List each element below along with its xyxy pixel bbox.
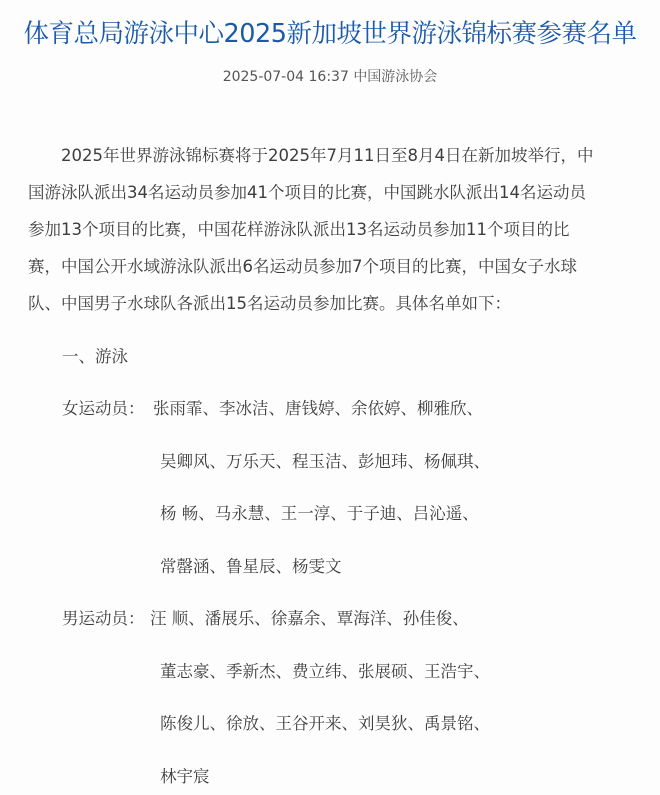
roster-line: 张雨霏、李冰洁、唐钱婷、余依婷、柳雅欣、 (153, 395, 483, 419)
article-meta: 2025-07-04 16:37 中国游泳协会 (0, 66, 660, 86)
intro-line: 2025年世界游泳锦标赛将于2025年7月11日至8月4日在新加坡举行，中 (28, 142, 593, 166)
roster-line: 董志豪、季新杰、费立纬、张展硕、王浩宇、 (160, 658, 490, 682)
section-heading: 一、游泳 (62, 343, 128, 367)
roster-line: 常罄涵、鲁星辰、杨雯文 (160, 553, 342, 577)
intro-line: 国游泳队派出34名运动员参加41个项目的比赛，中国跳水队派出14名运动员 (28, 179, 586, 203)
men-label: 男运动员： (62, 605, 145, 629)
intro-line: 赛，中国公开水域游泳队派出6名运动员参加7个项目的比赛，中国女子水球 (28, 253, 577, 277)
intro-line: 参加13个项目的比赛，中国花样游泳队派出13名运动员参加11个项目的比 (28, 216, 570, 240)
publish-datetime: 2025-07-04 16:37 (223, 69, 349, 85)
roster-line: 杨 畅、马永慧、王一淳、于子迪、吕沁遥、 (160, 500, 479, 524)
article-source: 中国游泳协会 (353, 69, 437, 85)
women-label: 女运动员： (62, 395, 145, 419)
roster-line: 陈俊儿、徐放、王谷开来、刘昊狄、禹景铭、 (160, 710, 490, 734)
roster-line: 林宇宸 (160, 763, 210, 787)
intro-line: 队、中国男子水球队各派出15名运动员参加比赛。具体名单如下： (28, 290, 511, 314)
article-title: 体育总局游泳中心2025新加坡世界游泳锦标赛参赛名单 (0, 14, 660, 50)
roster-line: 汪 顺、潘展乐、徐嘉余、覃海洋、孙佳俊、 (150, 605, 469, 629)
roster-line: 吴卿风、万乐天、程玉洁、彭旭玮、杨佩琪、 (160, 448, 490, 472)
